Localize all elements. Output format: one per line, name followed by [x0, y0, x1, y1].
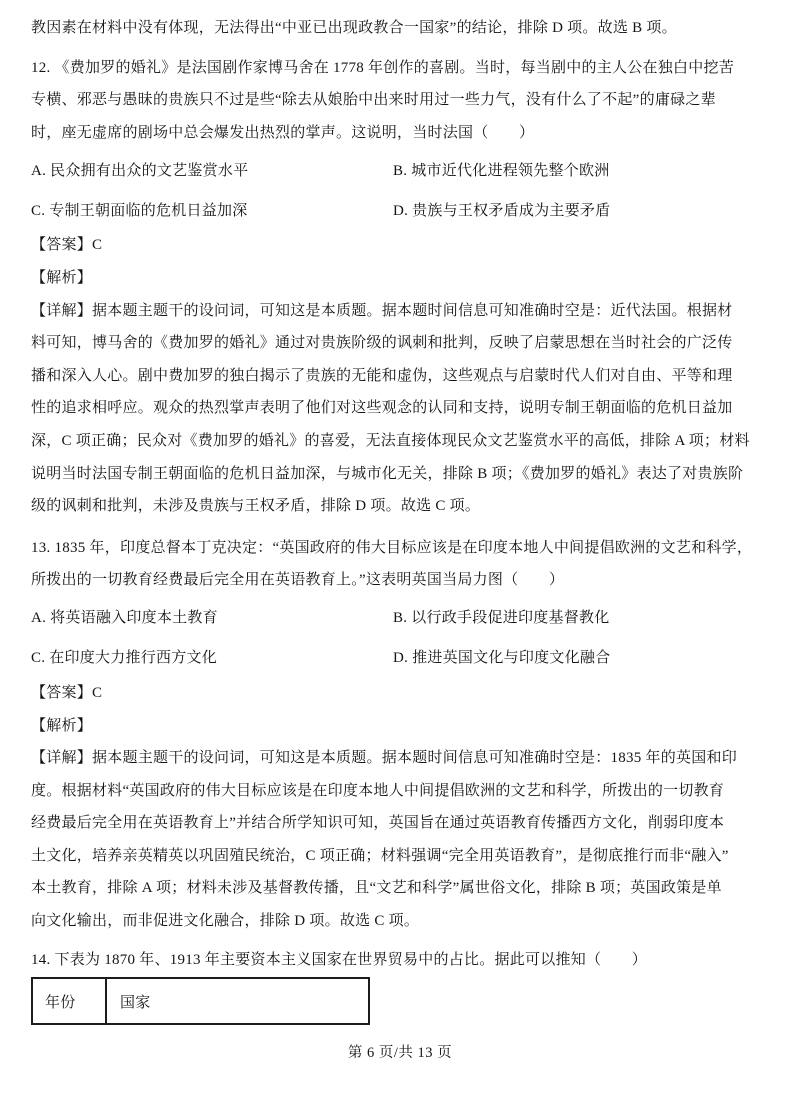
q12-option-a: A. 民众拥有出众的文艺鉴赏水平 — [31, 159, 393, 180]
page-content: 教因素在材料中没有体现，无法得出“中亚已出现政教合一国家”的结论，排除 D 项。… — [31, 12, 771, 1025]
q13-detail-line-3: 经费最后完全用在英语教育上”并结合所学知识可知，英国旨在通过英语教育传播西方文化… — [31, 807, 771, 840]
exam-page: 教因素在材料中没有体现，无法得出“中亚已出现政教合一国家”的结论，排除 D 项。… — [0, 0, 800, 1096]
q13-option-b: B. 以行政手段促进印度基督教化 — [393, 606, 610, 627]
q12-options-row-1: A. 民众拥有出众的文艺鉴赏水平 B. 城市近代化进程领先整个欧洲 — [31, 149, 771, 189]
q12-stem-line-1: 12. 《费加罗的婚礼》是法国剧作家博马舍在 1778 年创作的喜剧。当时，每当… — [31, 52, 771, 85]
q13-option-c: C. 在印度大力推行西方文化 — [31, 646, 393, 667]
q12-detail-line-2: 料可知，博马舍的《费加罗的婚礼》通过对贵族阶级的讽刺和批判，反映了启蒙思想在当时… — [31, 327, 771, 360]
q13-stem-line-1: 13. 1835 年，印度总督本丁克决定：“英国政府的伟大目标应该是在印度本地人… — [31, 532, 771, 565]
q13-options-row-1: A. 将英语融入印度本土教育 B. 以行政手段促进印度基督教化 — [31, 597, 771, 637]
q14-table-row: 年份 国家 — [32, 978, 369, 1024]
q12-detail-line-7: 级的讽刺和批判，未涉及贵族与王权矛盾，排除 D 项。故选 C 项。 — [31, 490, 771, 523]
q13-answer: 【答案】C — [31, 677, 771, 710]
q13-option-d: D. 推进英国文化与印度文化融合 — [393, 646, 610, 667]
q13-detail-line-5: 本土教育，排除 A 项；材料未涉及基督教传播，且“文艺和科学”属世俗文化，排除 … — [31, 872, 771, 905]
page-footer: 第 6 页/共 13 页 — [0, 1041, 800, 1062]
q13-detail-line-4: 土文化，培养亲英精英以巩固殖民统治，C 项正确；材料强调“完全用英语教育”，是彻… — [31, 840, 771, 873]
q12-stem-line-3: 时，座无虚席的剧场中总会爆发出热烈的掌声。这说明，当时法国（ ） — [31, 117, 771, 150]
q12-options-row-2: C. 专制王朝面临的危机日益加深 D. 贵族与王权矛盾成为主要矛盾 — [31, 189, 771, 229]
q14-stem-line: 14. 下表为 1870 年、1913 年主要资本主义国家在世界贸易中的占比。据… — [31, 944, 771, 977]
q14-table-cell-country: 国家 — [106, 978, 369, 1024]
q13-detail-line-6: 向文化输出，而非促进文化融合，排除 D 项。故选 C 项。 — [31, 905, 771, 938]
q13-analysis-label: 【解析】 — [31, 710, 771, 743]
q13-detail-line-2: 度。根据材料“英国政府的伟大目标应该是在印度本地人中间提倡欧洲的文艺和科学，所拨… — [31, 775, 771, 808]
q12-detail-line-5: 深，C 项正确；民众对《费加罗的婚礼》的喜爱，无法直接体现民众文艺鉴赏水平的高低… — [31, 425, 771, 458]
q14-table-cell-year: 年份 — [32, 978, 106, 1024]
q13-option-a: A. 将英语融入印度本土教育 — [31, 606, 393, 627]
q12-stem-line-2: 专横、邪恶与愚昧的贵族只不过是些“除去从娘胎中出来时用过一些力气，没有什么了不起… — [31, 84, 771, 117]
question-13: 13. 1835 年，印度总督本丁克决定：“英国政府的伟大目标应该是在印度本地人… — [31, 532, 771, 938]
q12-detail-line-3: 播和深入人心。剧中费加罗的独白揭示了贵族的无能和虚伪，这些观点与启蒙时代人们对自… — [31, 360, 771, 393]
q12-answer: 【答案】C — [31, 229, 771, 262]
q12-option-c: C. 专制王朝面临的危机日益加深 — [31, 199, 393, 220]
q13-detail-line-1: 【详解】据本题主题干的设问词，可知这是本质题。据本题时间信息可知准确时空是：18… — [31, 742, 771, 775]
question-12: 12. 《费加罗的婚礼》是法国剧作家博马舍在 1778 年创作的喜剧。当时，每当… — [31, 52, 771, 523]
question-14: 14. 下表为 1870 年、1913 年主要资本主义国家在世界贸易中的占比。据… — [31, 944, 771, 1026]
q12-analysis-label: 【解析】 — [31, 262, 771, 295]
q12-detail-line-4: 性的追求相呼应。观众的热烈掌声表明了他们对这些观念的认同和支持，说明专制王朝面临… — [31, 392, 771, 425]
q12-detail-line-6: 说明当时法国专制王朝面临的危机日益加深，与城市化无关，排除 B 项；《费加罗的婚… — [31, 458, 771, 491]
q13-stem-line-2: 所拨出的一切教育经费最后完全用在英语教育上。”这表明英国当局力图（ ） — [31, 564, 771, 597]
q12-option-d: D. 贵族与王权矛盾成为主要矛盾 — [393, 199, 610, 220]
carryover-text-line: 教因素在材料中没有体现，无法得出“中亚已出现政教合一国家”的结论，排除 D 项。… — [31, 12, 771, 45]
q12-detail-line-1: 【详解】据本题主题干的设问词，可知这是本质题。据本题时间信息可知准确时空是：近代… — [31, 295, 771, 328]
q12-option-b: B. 城市近代化进程领先整个欧洲 — [393, 159, 610, 180]
q14-table: 年份 国家 — [31, 977, 370, 1025]
q13-options-row-2: C. 在印度大力推行西方文化 D. 推进英国文化与印度文化融合 — [31, 637, 771, 677]
